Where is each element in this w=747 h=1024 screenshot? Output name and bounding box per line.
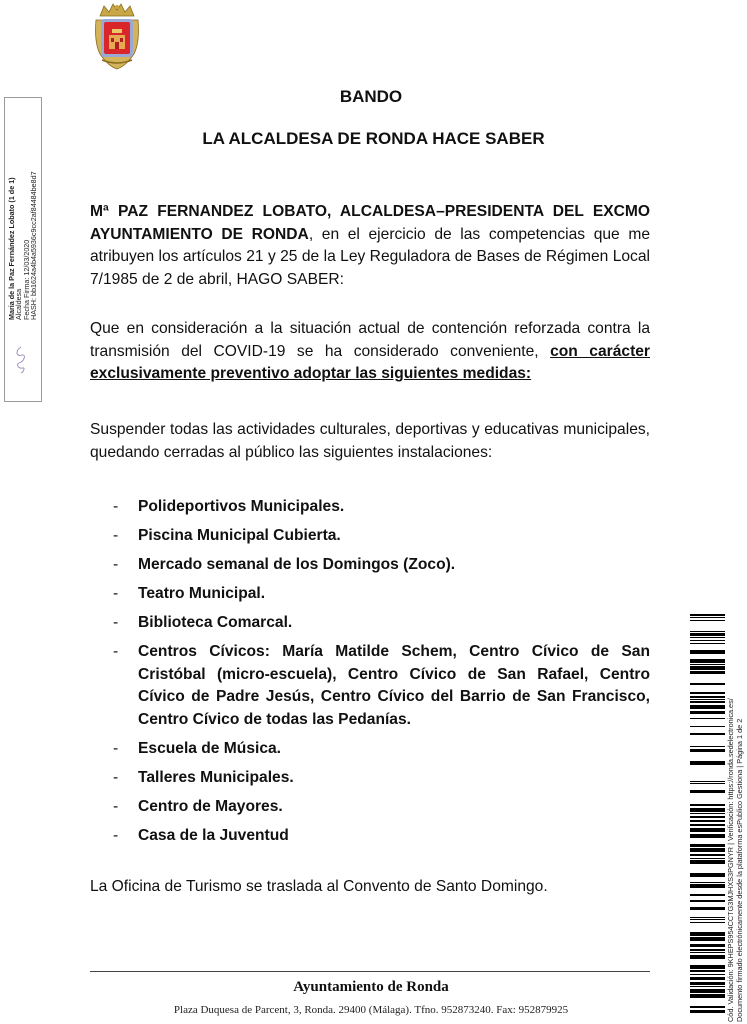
list-bullet: -	[113, 767, 118, 790]
signature-hash: HASH: bb1624a4b4a5936c9cc2af84484be8d7	[30, 171, 37, 320]
list-item-text: Teatro Municipal.	[138, 585, 265, 602]
list-bullet: -	[113, 641, 118, 664]
list-item-text: Escuela de Música.	[138, 740, 281, 757]
list-item-text: Casa de la Juventud	[138, 827, 289, 844]
list-item: -Talleres Municipales.	[90, 767, 650, 790]
suspension-paragraph: Suspender todas las actividades cultural…	[90, 419, 650, 464]
list-item-text: Polideportivos Municipales.	[138, 498, 344, 515]
list-item-text: Centro de Mayores.	[138, 798, 283, 815]
barcode-icon	[690, 614, 725, 1024]
list-item-text: Biblioteca Comarcal.	[138, 614, 292, 631]
list-item: -Escuela de Música.	[90, 738, 650, 761]
list-bullet: -	[113, 612, 118, 635]
list-item-text: Centros Cívicos: María Matilde Schem, Ce…	[138, 643, 650, 728]
tourism-office-paragraph: La Oficina de Turismo se traslada al Con…	[90, 876, 650, 899]
footer-organization: Ayuntamiento de Ronda	[0, 979, 742, 996]
document-title: BANDO	[0, 87, 742, 107]
list-bullet: -	[113, 554, 118, 577]
list-item: -Centros Cívicos: María Matilde Schem, C…	[90, 641, 650, 731]
facilities-list: -Polideportivos Municipales. -Piscina Mu…	[90, 496, 650, 854]
list-item: -Centro de Mayores.	[90, 796, 650, 819]
list-item-text: Piscina Municipal Cubierta.	[138, 527, 341, 544]
list-item-text: Mercado semanal de los Domingos (Zoco).	[138, 556, 455, 573]
list-bullet: -	[113, 583, 118, 606]
list-bullet: -	[113, 796, 118, 819]
list-bullet: -	[113, 738, 118, 761]
verification-text: Cód. Validación: 9KHEPS954CCTG3MJHXS3PGN…	[727, 698, 744, 1022]
footer-address: Plaza Duquesa de Parcent, 3, Ronda. 2940…	[0, 1004, 742, 1016]
list-item: -Mercado semanal de los Domingos (Zoco).	[90, 554, 650, 577]
list-item: -Piscina Municipal Cubierta.	[90, 525, 650, 548]
list-bullet: -	[113, 525, 118, 548]
signature-platform-note: Documento firmado electrónicamente desde…	[736, 698, 745, 1022]
list-item-text: Talleres Municipales.	[138, 769, 294, 786]
coat-of-arms-icon	[92, 2, 142, 72]
intro-paragraph: Mª PAZ FERNANDEZ LOBATO, ALCALDESA–PRESI…	[90, 201, 650, 291]
list-item: -Biblioteca Comarcal.	[90, 612, 650, 635]
list-bullet: -	[113, 496, 118, 519]
footer-divider	[90, 971, 650, 972]
list-bullet: -	[113, 825, 118, 848]
measures-paragraph: Que en consideración a la situación actu…	[90, 318, 650, 386]
document-subtitle: LA ALCALDESA DE RONDA HACE SABER	[0, 129, 747, 149]
handwritten-signature-icon	[12, 345, 30, 375]
signature-details: Maria de la Paz Fernández Lobato (1 de 1…	[8, 171, 38, 320]
list-item: -Polideportivos Municipales.	[90, 496, 650, 519]
list-item: -Casa de la Juventud	[90, 825, 650, 848]
list-item: -Teatro Municipal.	[90, 583, 650, 606]
